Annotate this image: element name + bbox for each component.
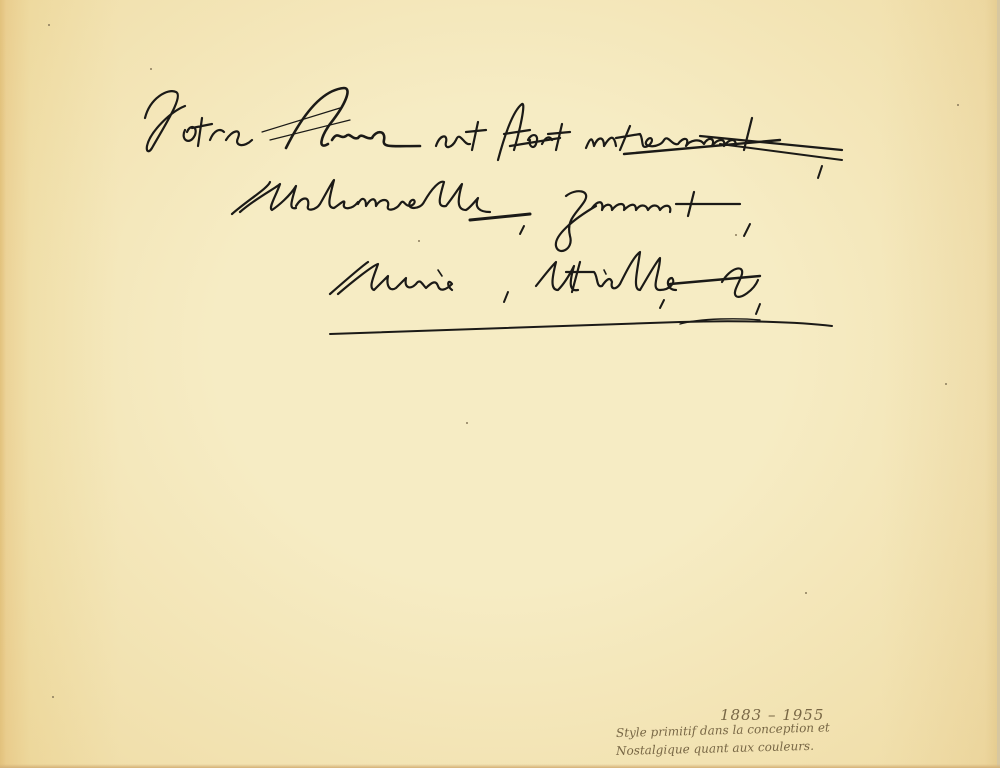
paper-edge-left	[0, 0, 6, 768]
paper-speck	[150, 68, 152, 70]
paper-speck	[52, 696, 54, 698]
letter-sheet: Votre livre est fort intéressant, Mademo…	[0, 0, 1000, 768]
paper-speck	[466, 422, 468, 424]
annotation-line-2: Nostalgique quant aux couleurs.	[616, 739, 814, 758]
paper-speck	[418, 240, 420, 242]
annotation-line-1: Style primitif dans la conception et	[616, 720, 830, 740]
letter-line-1: Votre livre est fort intéressant,	[138, 88, 1000, 148]
paper-speck	[805, 592, 807, 594]
letter-line-3-signature: Maurice, Utrillo, V,	[328, 258, 831, 312]
paper-speck	[945, 383, 947, 385]
paper-edge-bottom	[0, 764, 1000, 768]
letter-line-2: Mademoiselle, Jacomet,	[230, 182, 877, 238]
paper-speck	[48, 24, 50, 26]
